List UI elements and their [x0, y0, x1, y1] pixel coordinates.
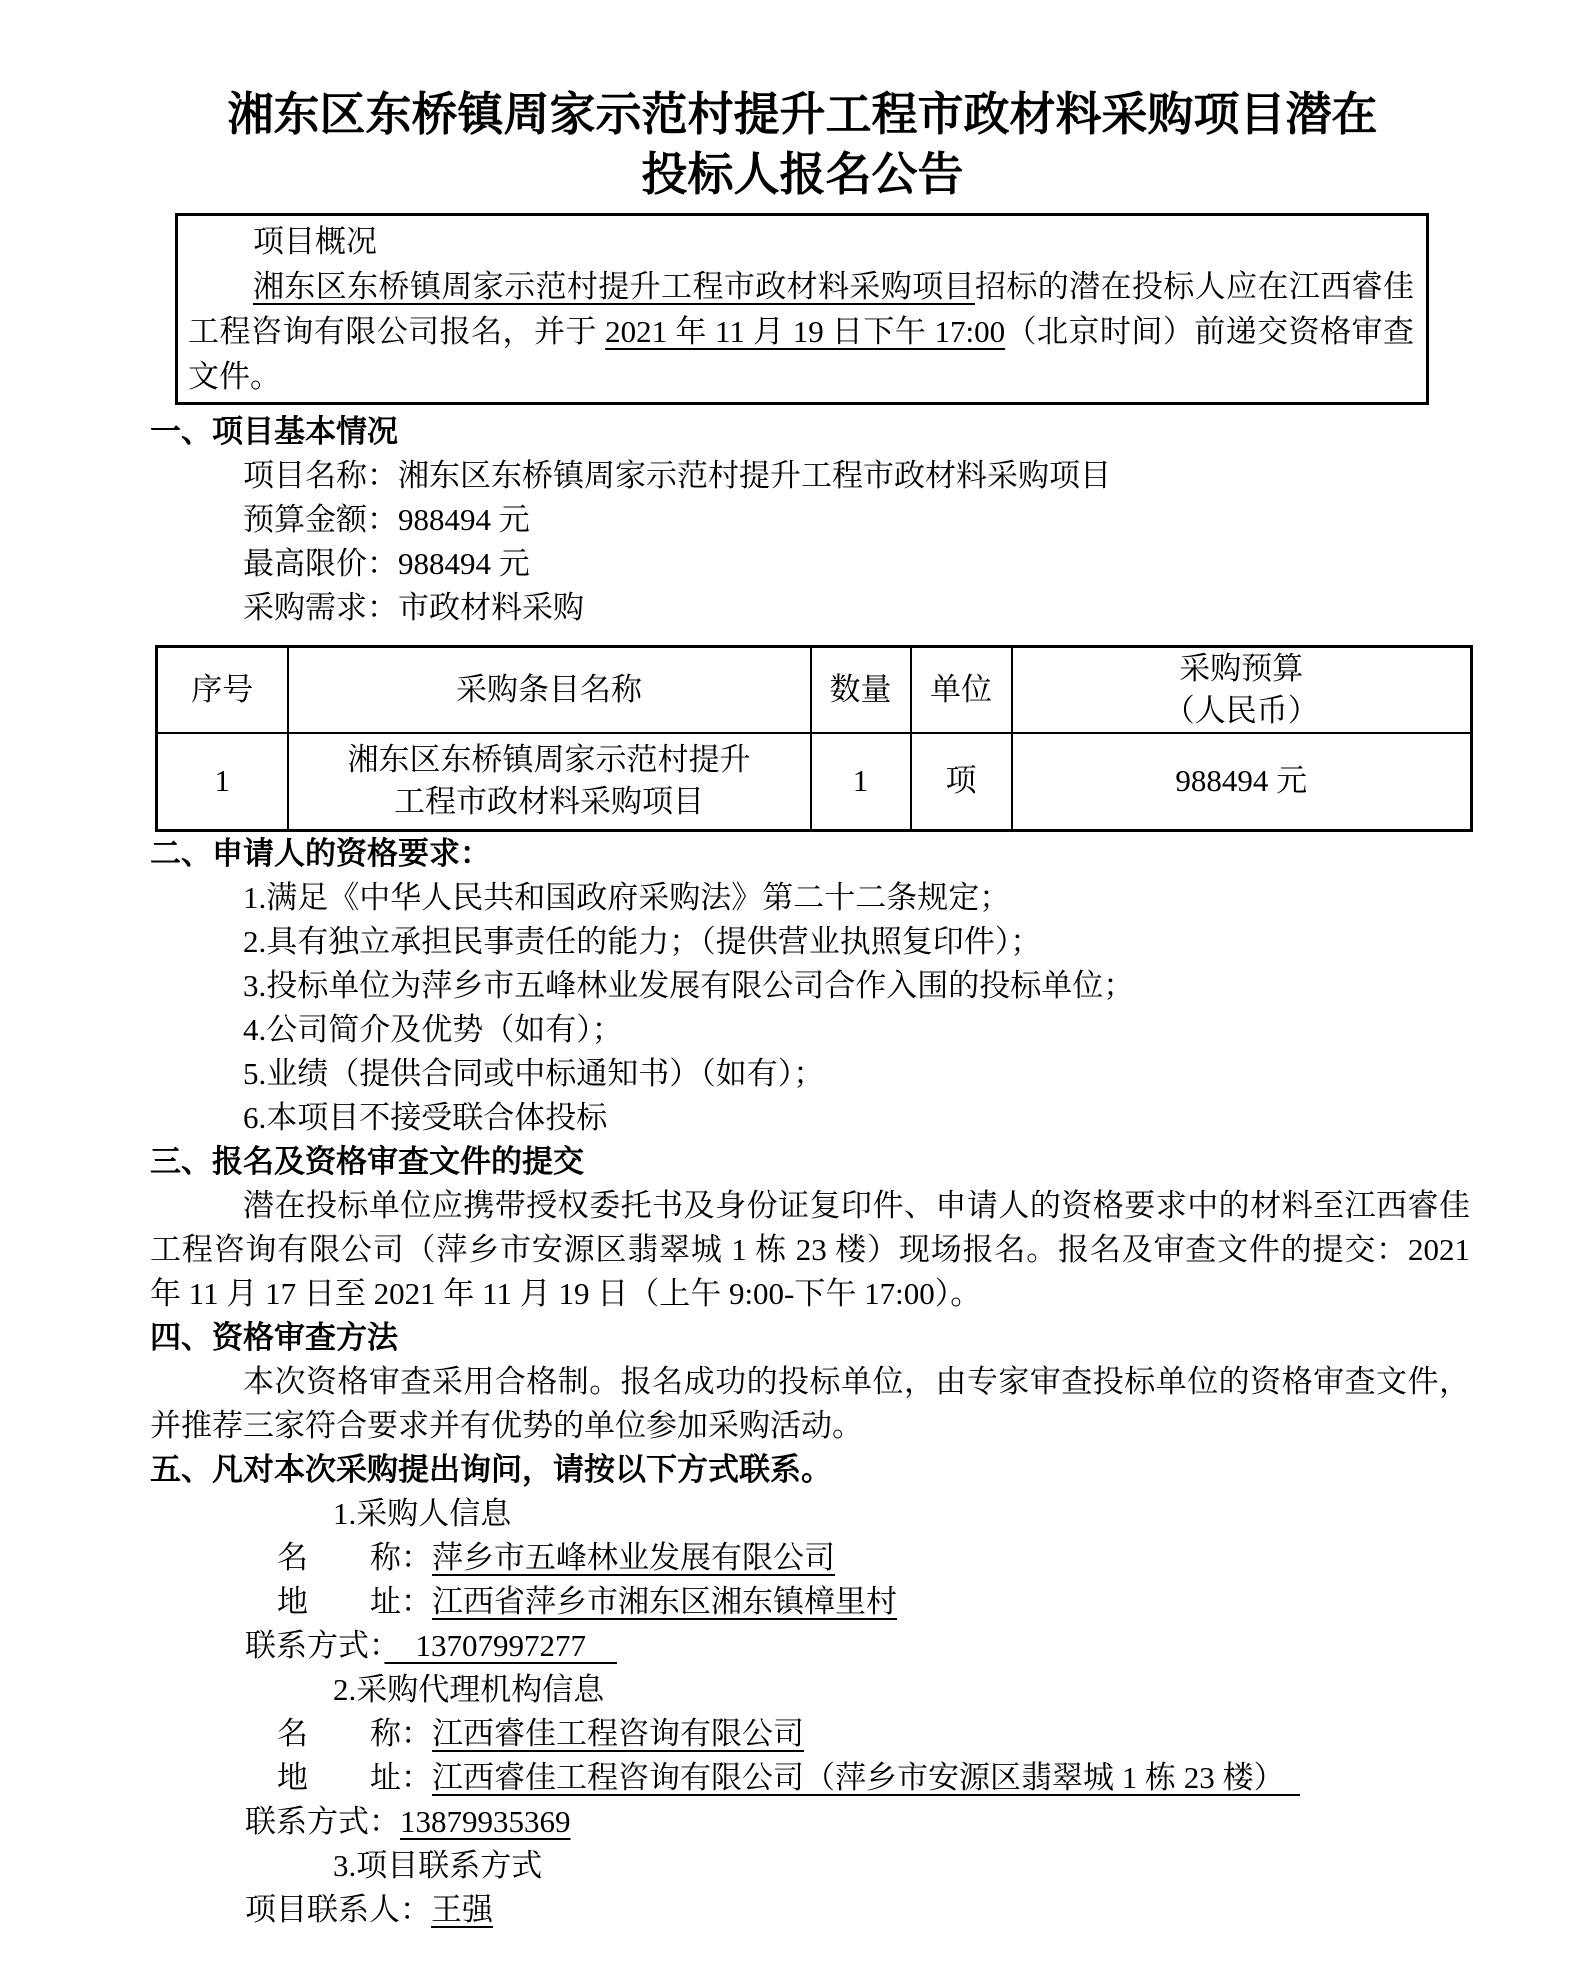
- section-2-heading: 二、申请人的资格要求：: [150, 832, 1470, 876]
- agency-name-label: 名 称：: [277, 1716, 432, 1751]
- agency-phone-label: 联系方式：: [245, 1804, 400, 1839]
- project-contact-line: 项目联系人：王强: [150, 1888, 1470, 1932]
- overview-deadline: 2021 年 11 月 19 日下午 17:00: [605, 314, 1005, 349]
- qualification-item-6: 6.本项目不接受联合体投标: [150, 1096, 1470, 1140]
- cell-index: 1: [157, 733, 288, 830]
- agency-name-line: 名 称：江西睿佳工程咨询有限公司: [150, 1712, 1470, 1756]
- overview-paragraph: 湘东区东桥镇周家示范村提升工程市政材料采购项目招标的潜在投标人应在江西睿佳工程咨…: [188, 264, 1414, 399]
- agency-address-value: 江西睿佳工程咨询有限公司（萍乡市安源区翡翠城 1 栋 23 楼）: [432, 1760, 1300, 1795]
- document-title: 湘东区东桥镇周家示范村提升工程市政材料采购项目潜在 投标人报名公告: [135, 85, 1470, 205]
- agency-info-label: 2.采购代理机构信息: [150, 1668, 1470, 1712]
- table-row: 1 湘东区东桥镇周家示范村提升 工程市政材料采购项目 1 项 988494 元: [157, 733, 1472, 830]
- project-contact-person-value: 王强: [431, 1892, 493, 1927]
- max-price-line: 最高限价：988494 元: [150, 542, 1470, 586]
- header-cell-quantity: 数量: [811, 647, 911, 734]
- buyer-address-line: 地 址：江西省萍乡市湘东区湘东镇樟里村: [150, 1580, 1470, 1624]
- cell-item-name: 湘东区东桥镇周家示范村提升 工程市政材料采购项目: [288, 733, 811, 830]
- buyer-address-label: 地 址：: [277, 1584, 432, 1619]
- agency-address-line: 地 址：江西睿佳工程咨询有限公司（萍乡市安源区翡翠城 1 栋 23 楼）: [150, 1756, 1470, 1800]
- procurement-items-table: 序号 采购条目名称 数量 单位 采购预算 （人民币） 1 湘东区东桥镇周家示范村…: [155, 645, 1473, 832]
- cell-unit: 项: [911, 733, 1012, 830]
- header-cell-unit: 单位: [911, 647, 1012, 734]
- agency-address-label: 地 址：: [277, 1760, 432, 1795]
- buyer-address-value: 江西省萍乡市湘东区湘东镇樟里村: [432, 1584, 897, 1619]
- section-4-heading: 四、资格审查方法: [150, 1316, 1470, 1360]
- cell-quantity: 1: [811, 733, 911, 830]
- announcement-document: 湘东区东桥镇周家示范村提升工程市政材料采购项目潜在 投标人报名公告 项目概况 湘…: [0, 0, 1587, 1988]
- overview-label: 项目概况: [188, 219, 1414, 264]
- document-body: 一、项目基本情况 项目名称：湘东区东桥镇周家示范村提升工程市政材料采购项目 预算…: [150, 410, 1470, 1932]
- header-cell-item-name: 采购条目名称: [288, 647, 811, 734]
- section-3-heading: 三、报名及资格审查文件的提交: [150, 1140, 1470, 1184]
- agency-phone-value: 13879935369: [400, 1804, 571, 1839]
- header-cell-budget: 采购预算 （人民币）: [1012, 647, 1472, 734]
- cell-budget: 988494 元: [1012, 733, 1472, 830]
- buyer-phone-value: 13707997277: [385, 1628, 618, 1663]
- buyer-name-value: 萍乡市五峰林业发展有限公司: [432, 1540, 835, 1575]
- buyer-phone-line: 联系方式： 13707997277: [150, 1624, 1470, 1668]
- qualification-item-1: 1.满足《中华人民共和国政府采购法》第二十二条规定；: [150, 876, 1470, 920]
- overview-project-name: 湘东区东桥镇周家示范村提升工程市政材料采购项目: [253, 269, 975, 304]
- budget-amount-line: 预算金额：988494 元: [150, 498, 1470, 542]
- table-header-row: 序号 采购条目名称 数量 单位 采购预算 （人民币）: [157, 647, 1472, 734]
- qualification-item-3: 3.投标单位为萍乡市五峰林业发展有限公司合作入围的投标单位；: [150, 964, 1470, 1008]
- agency-name-value: 江西睿佳工程咨询有限公司: [432, 1716, 804, 1751]
- project-name-line: 项目名称：湘东区东桥镇周家示范村提升工程市政材料采购项目: [150, 454, 1470, 498]
- buyer-name-line: 名 称：萍乡市五峰林业发展有限公司: [150, 1536, 1470, 1580]
- qualification-item-4: 4.公司简介及优势（如有）；: [150, 1008, 1470, 1052]
- qualification-item-2: 2.具有独立承担民事责任的能力；（提供营业执照复印件）；: [150, 920, 1470, 964]
- buyer-info-label: 1.采购人信息: [150, 1492, 1470, 1536]
- qualification-item-5: 5.业绩（提供合同或中标通知书）（如有）；: [150, 1052, 1470, 1096]
- agency-phone-line: 联系方式：13879935369: [150, 1800, 1470, 1844]
- project-overview-box: 项目概况 湘东区东桥镇周家示范村提升工程市政材料采购项目招标的潜在投标人应在江西…: [175, 213, 1429, 405]
- review-method-paragraph: 本次资格审查采用合格制。报名成功的投标单位，由专家审查投标单位的资格审查文件，并…: [150, 1360, 1470, 1448]
- buyer-name-label: 名 称：: [277, 1540, 432, 1575]
- procurement-demand-line: 采购需求：市政材料采购: [150, 586, 1470, 630]
- project-contact-person-label: 项目联系人：: [245, 1892, 431, 1927]
- project-contact-label: 3.项目联系方式: [150, 1844, 1470, 1888]
- buyer-phone-label: 联系方式：: [245, 1628, 385, 1663]
- submission-paragraph: 潜在投标单位应携带授权委托书及身份证复印件、申请人的资格要求中的材料至江西睿佳工…: [150, 1184, 1470, 1316]
- section-5-heading: 五、凡对本次采购提出询问，请按以下方式联系。: [150, 1448, 1470, 1492]
- header-cell-index: 序号: [157, 647, 288, 734]
- section-1-heading: 一、项目基本情况: [150, 410, 1470, 454]
